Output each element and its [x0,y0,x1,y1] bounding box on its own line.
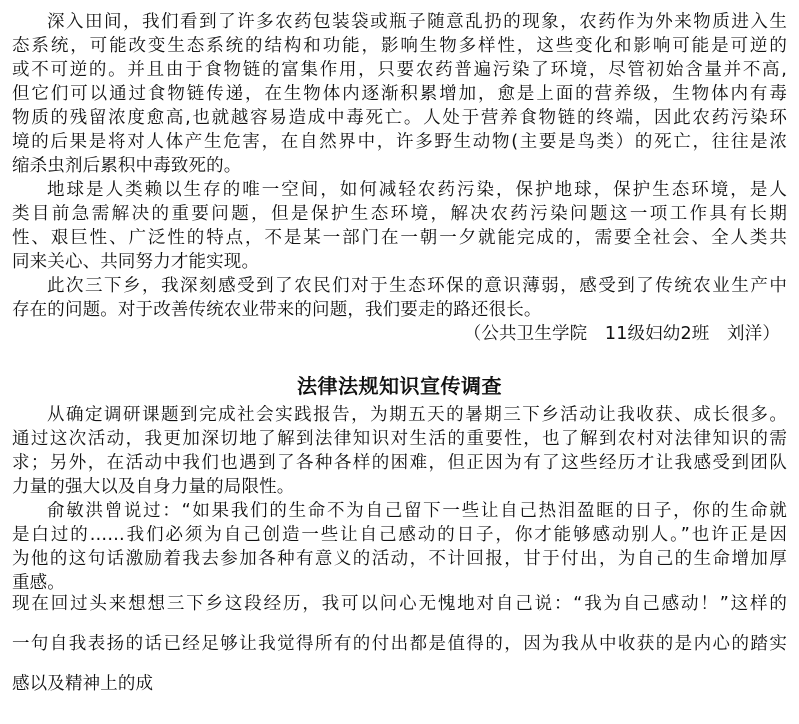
text-line: 力量的强大以及自身力量的局限性。 [12,475,787,499]
text-line: 感以及精神上的成 [12,672,787,696]
text-line: 现在回过头来想想三下乡这段经历，我可以问心无愧地对自己说：“我为自己感动！”这样… [12,592,787,616]
text-line: 态系统，可能改变生态系统的结构和功能，影响生物多样性，这些变化和影响可能是可逆的 [12,34,787,58]
text-line: 通过这次活动，我更加深切地了解到法律知识对生活的重要性，也了解到农村对法律知识的… [12,427,787,451]
text-line: 但它们可以通过食物链传递，在生物体内逐渐积累增加，愈是上面的营养级，生物体内有毒 [12,82,787,106]
text-line: 此次三下乡，我深刻感受到了农民们对于生态环保的意识薄弱，感受到了传统农业生产中 [47,274,787,298]
text-line: 物质的残留浓度愈高,也就越容易造成中毒死亡。人处于营养食物链的终端，因此农药污染… [12,106,787,130]
text-line: 境的后果是将对人体产生危害，在自然界中，许多野生动物(主要是鸟类）的死亡，往往是… [12,130,787,154]
text-line: 是白过的……我们必须为自己创造一些让自己感动的日子，你才能够感动别人。”也许正是… [12,523,787,547]
text-line: 深入田间，我们看到了许多农药包装袋或瓶子随意乱扔的现象，农药作为外来物质进入生 [47,10,787,34]
text-line: 同来关心、共同努力才能实现。 [12,250,787,274]
text-line: 为他的这句话激励着我去参加各种有意义的活动，不计回报，甘于付出，为自己的生命增加… [12,547,787,571]
author-signature: （公共卫生学院 11级妇幼2班 刘洋） [12,322,780,346]
section-title: 法律法规知识宣传调查 [0,372,799,400]
text-line: 或不可逆的。并且由于食物链的富集作用，只要农药普遍污染了环境，尽管初始含量并不高… [12,58,787,82]
text-line: 缩杀虫剂后累积中毒致死的。 [12,154,787,178]
text-line: 俞敏洪曾说过：“如果我们的生命不为自己留下一些让自己热泪盈眶的日子，你的生命就 [47,499,787,523]
text-line: 一句自我表扬的话已经足够让我觉得所有的付出都是值得的，因为我从中收获的是内心的踏… [12,632,787,656]
text-line: 性、艰巨性、广泛性的特点，不是某一部门在一朝一夕就能完成的，需要全社会、全人类共 [12,226,787,250]
text-line: 从确定调研课题到完成社会实践报告，为期五天的暑期三下乡活动让我收获、成长很多。 [47,403,787,427]
text-line: 求；另外，在活动中我们也遇到了各种各样的困难，但正因为有了这些经历才让我感受到团… [12,451,787,475]
text-line: 存在的问题。对于改善传统农业带来的问题，我们要走的路还很长。 [12,298,787,322]
text-line: 地球是人类赖以生存的唯一空间，如何减轻农药污染，保护地球，保护生态环境，是人 [47,178,787,202]
text-line: 类目前急需解决的重要问题，但是保护生态环境，解决农药污染问题这一项工作具有长期 [12,202,787,226]
